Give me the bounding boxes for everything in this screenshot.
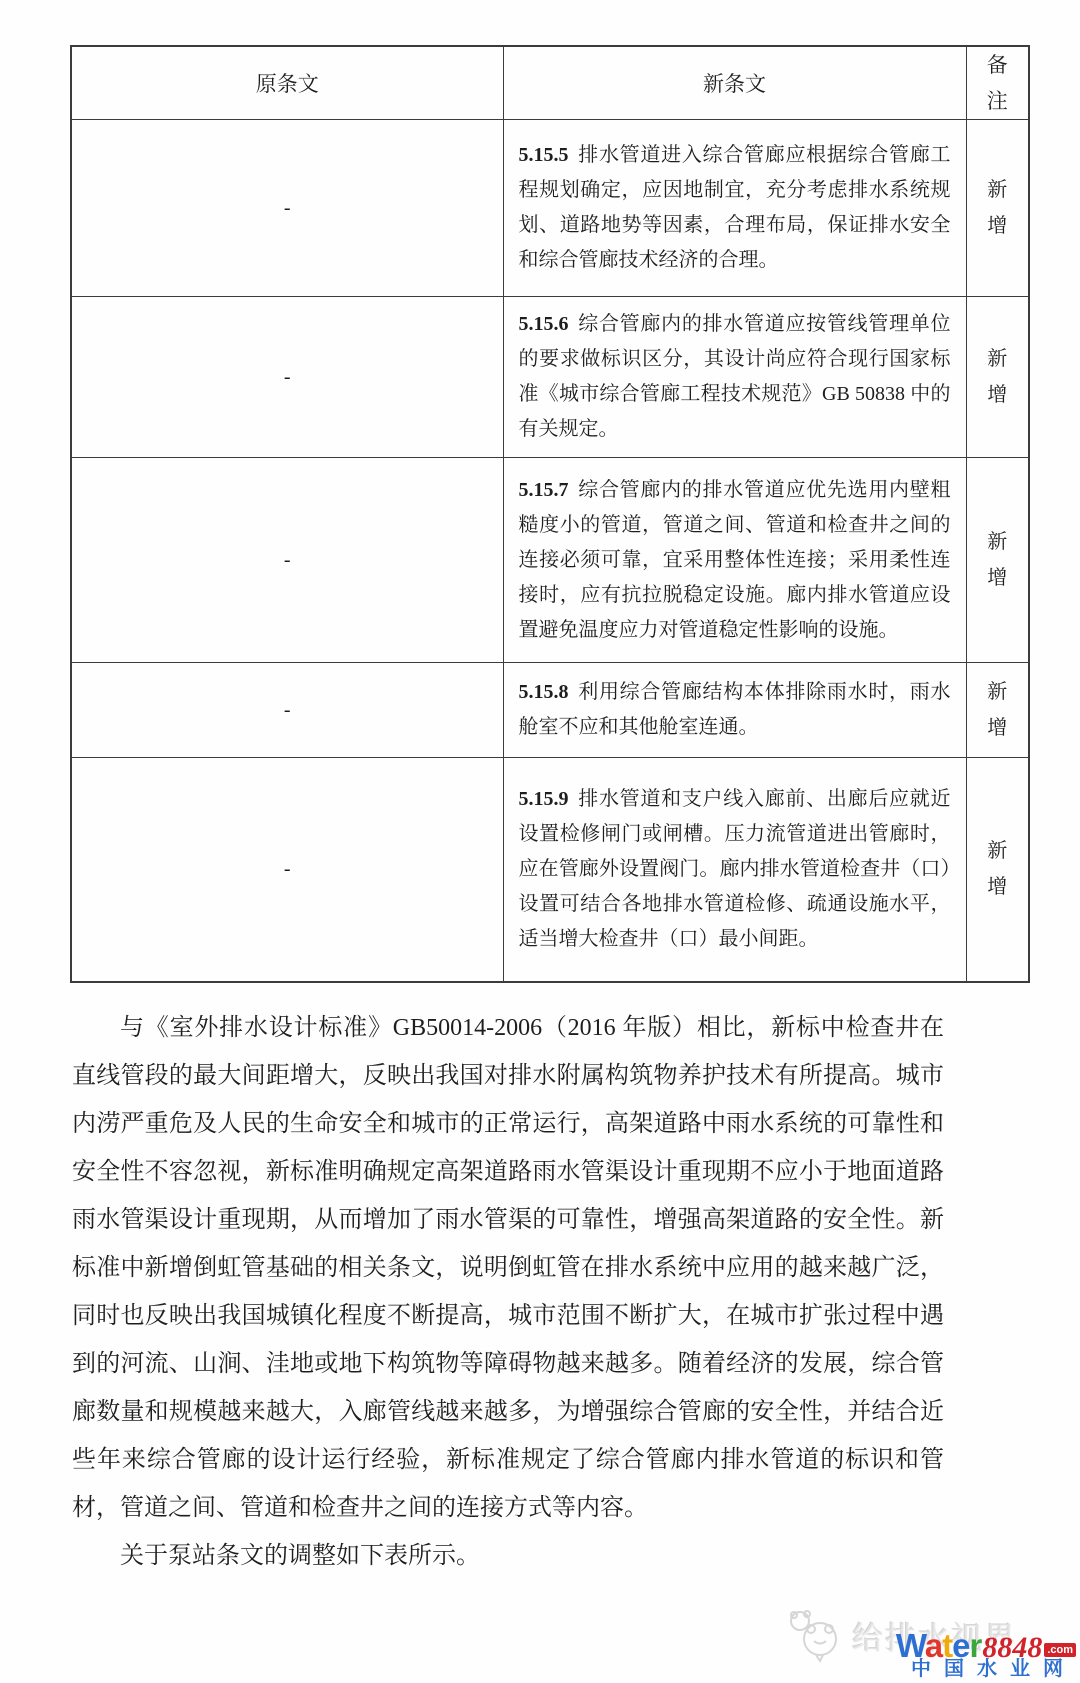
comparison-table: 原条文 新条文 备注 - 5.15.5排水管道进入综合管廊应根据综合管廊工程规划… xyxy=(70,45,1030,983)
clause-number: 5.15.8 xyxy=(519,681,569,703)
clause-text: 排水管道和支户线入廊前、出廊后应就近设置检修闸门或闸槽。压力流管道进出管廊时，应… xyxy=(519,788,951,950)
panda-face-icon xyxy=(786,1607,850,1663)
remark-cell: 新增 xyxy=(966,663,1029,758)
remark-text: 新增 xyxy=(986,341,1008,413)
table-row: - 5.15.6综合管廊内的排水管道应按管线管理单位的要求做标识区分，其设计尚应… xyxy=(71,297,1029,458)
remark-cell: 新增 xyxy=(966,758,1029,982)
commentary-section: 与《室外排水设计标准》GB50014-2006（2016 年版）相比，新标中检查… xyxy=(72,1004,944,1580)
original-clause-cell: - xyxy=(71,458,503,663)
document-page: { "table": { "headers": ["原条文", "新条文", "… xyxy=(0,0,1080,1683)
table-row: - 5.15.7综合管廊内的排水管道应优先选用内壁粗糙度小的管道，管道之间、管道… xyxy=(71,458,1029,663)
pump-station-note: 关于泵站条文的调整如下表所示。 xyxy=(72,1532,944,1580)
original-clause-cell: - xyxy=(71,297,503,458)
new-clause-cell: 5.15.5排水管道进入综合管廊应根据综合管廊工程规划确定，应因地制宜，充分考虑… xyxy=(503,120,966,297)
watermark: 给排水视界 Water8848.com 中国水业网 xyxy=(780,1601,1080,1681)
col-header-new: 新条文 xyxy=(503,46,966,120)
new-clause-cell: 5.15.9排水管道和支户线入廊前、出廊后应就近设置检修闸门或闸槽。压力流管道进… xyxy=(503,758,966,982)
table-row: - 5.15.5排水管道进入综合管廊应根据综合管廊工程规划确定，应因地制宜，充分… xyxy=(71,120,1029,297)
clause-text: 排水管道进入综合管廊应根据综合管廊工程规划确定，应因地制宜，充分考虑排水系统规划… xyxy=(519,144,951,271)
remark-text: 新增 xyxy=(986,674,1008,746)
logo-tagline: 中国水业网 xyxy=(911,1652,1076,1681)
col-header-original: 原条文 xyxy=(71,46,503,120)
clause-number: 5.15.7 xyxy=(519,479,569,501)
new-clause-cell: 5.15.7综合管廊内的排水管道应优先选用内壁粗糙度小的管道，管道之间、管道和检… xyxy=(503,458,966,663)
clause-number: 5.15.6 xyxy=(519,313,569,335)
remark-cell: 新增 xyxy=(966,120,1029,297)
remark-cell: 新增 xyxy=(966,297,1029,458)
remark-header-text: 备注 xyxy=(986,47,1009,119)
original-clause-cell: - xyxy=(71,120,503,297)
clause-number: 5.15.9 xyxy=(519,788,569,810)
remark-text: 新增 xyxy=(986,172,1008,244)
remark-cell: 新增 xyxy=(966,458,1029,663)
clause-text: 综合管廊内的排水管道应按管线管理单位的要求做标识区分，其设计尚应符合现行国家标准… xyxy=(519,313,951,440)
remark-text: 新增 xyxy=(986,833,1008,905)
clause-number: 5.15.5 xyxy=(519,144,569,166)
col-header-remark: 备注 xyxy=(966,46,1029,120)
clause-text: 综合管廊内的排水管道应优先选用内壁粗糙度小的管道，管道之间、管道和检查井之间的连… xyxy=(519,479,951,641)
commentary-paragraph: 与《室外排水设计标准》GB50014-2006（2016 年版）相比，新标中检查… xyxy=(72,1004,944,1532)
new-clause-cell: 5.15.8利用综合管廊结构本体排除雨水时，雨水舱室不应和其他舱室连通。 xyxy=(503,663,966,758)
new-clause-cell: 5.15.6综合管廊内的排水管道应按管线管理单位的要求做标识区分，其设计尚应符合… xyxy=(503,297,966,458)
clause-text: 利用综合管廊结构本体排除雨水时，雨水舱室不应和其他舱室连通。 xyxy=(519,681,951,738)
original-clause-cell: - xyxy=(71,758,503,982)
table-header-row: 原条文 新条文 备注 xyxy=(71,46,1029,120)
table-row: - 5.15.9排水管道和支户线入廊前、出廊后应就近设置检修闸门或闸槽。压力流管… xyxy=(71,758,1029,982)
table-row: - 5.15.8利用综合管廊结构本体排除雨水时，雨水舱室不应和其他舱室连通。 新… xyxy=(71,663,1029,758)
remark-text: 新增 xyxy=(986,524,1008,596)
original-clause-cell: - xyxy=(71,663,503,758)
